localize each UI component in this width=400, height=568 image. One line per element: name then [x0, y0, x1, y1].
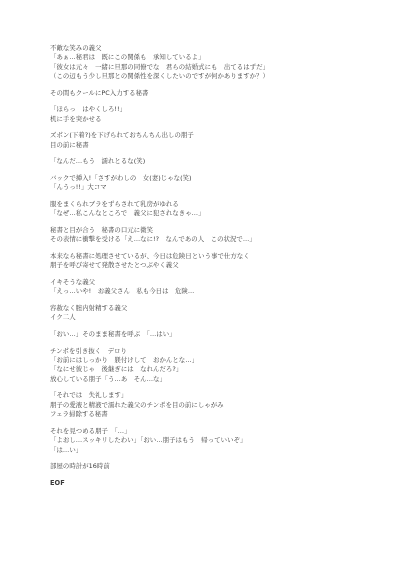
paragraph-14: 「それでは 失礼します」 朋子の愛液と精液で濡れた義父のチンポを目の前にしゃがみ…	[50, 391, 370, 419]
paragraph-5: 「なんだ…もう 濡れとるな(笑)	[50, 157, 370, 166]
text-line: イキそうな義父	[50, 278, 370, 287]
text-line: 「あぁ…秘君は 既にこの関係も 承知しているよ」	[50, 53, 370, 62]
paragraph-12: 「おい…」そのまま秘書を呼ぶ 「…はい」	[50, 330, 370, 339]
text-line: イク二人	[50, 313, 370, 322]
document-page: 不敵な笑みの義父 「あぁ…秘君は 既にこの関係も 承知しているよ」 「彼女は元々…	[50, 44, 370, 488]
text-line: 目の前に秘書	[50, 141, 370, 150]
paragraph-10: イキそうな義父 「えっ…いや! お義父さん 私も今日は 危険…	[50, 278, 370, 297]
text-line: 不敵な笑みの義父	[50, 44, 370, 53]
text-line: 容赦なく膣内射精する義父	[50, 304, 370, 313]
text-line: その表情に衝撃を受ける「え…なに!? なんであの人 この状況で…」	[50, 235, 370, 244]
paragraph-4: ズボン(下着?)を下げられておちんちん出しの朋子 目の前に秘書	[50, 131, 370, 150]
text-line: 「よおし…スッキリしたわい」「おい…朋子はもう 帰っていいぞ」	[50, 436, 370, 445]
paragraph-gap	[50, 98, 370, 105]
text-line: チンポを引き抜く デロり	[50, 347, 370, 356]
text-line: それを見つめる朋子 「…」	[50, 427, 370, 436]
text-line: バックで挿入!「さすがわしの 女(妻)じゃな(笑)	[50, 174, 370, 183]
paragraph-11: 容赦なく膣内射精する義父 イク二人	[50, 304, 370, 323]
paragraph-3: 「ほらっ はやくしろ!!」 机に手を突かせる	[50, 105, 370, 124]
text-line: 本来なら秘書に処理させているが、今日は危険日という事で仕方なく	[50, 252, 370, 261]
text-line: 机に手を突かせる	[50, 115, 370, 124]
paragraph-gap	[50, 297, 370, 304]
paragraph-6: バックで挿入!「さすがわしの 女(妻)じゃな(笑) 「んうっ!!」大コマ	[50, 174, 370, 193]
paragraph-gap	[50, 167, 370, 174]
paragraph-gap	[50, 193, 370, 200]
paragraph-8: 秘書と目が合う 秘書の口元に微笑 その表情に衝撃を受ける「え…なに!? なんであ…	[50, 226, 370, 245]
text-line: 「なんだ…もう 濡れとるな(笑)	[50, 157, 370, 166]
text-line: 秘書と目が合う 秘書の口元に微笑	[50, 226, 370, 235]
paragraph-9: 本来なら秘書に処理させているが、今日は危険日という事で仕方なく 朋子を呼び寄せて…	[50, 252, 370, 271]
text-line: 「は…い」	[50, 446, 370, 455]
text-line: 「えっ…いや! お義父さん 私も今日は 危険…	[50, 287, 370, 296]
text-line: フェラ掃除する秘書	[50, 410, 370, 419]
text-line: ズボン(下着?)を下げられておちんちん出しの朋子	[50, 131, 370, 140]
paragraph-1: 不敵な笑みの義父 「あぁ…秘君は 既にこの関係も 承知しているよ」 「彼女は元々…	[50, 44, 370, 82]
text-line: その間もクールにPC入力する秘書	[50, 89, 370, 98]
text-line: 「おい…」そのまま秘書を呼ぶ 「…はい」	[50, 330, 370, 339]
paragraph-13: チンポを引き抜く デロり 「お前にはしっかり 躾付けして おかんとな…」 「なに…	[50, 347, 370, 385]
end-of-file-marker: EOF	[50, 479, 370, 488]
paragraph-gap	[50, 420, 370, 427]
text-line: 部屋の時計が16時前	[50, 462, 370, 471]
paragraph-gap	[50, 245, 370, 252]
text-line: 「なにせ彼じゃ 後継ぎには なれんだろ?」	[50, 365, 370, 374]
paragraph-gap	[50, 219, 370, 226]
paragraph-gap	[50, 82, 370, 89]
text-line: 朋子の愛液と精液で濡れた義父のチンポを目の前にしゃがみ	[50, 401, 370, 410]
text-line: 「なぜ…私こんなところで 義父に犯されなきゃ…」	[50, 209, 370, 218]
text-line: 服をまくられブラをずらされて乳房がゆれる	[50, 200, 370, 209]
text-line: 放心している朋子「う…あ そん…な」	[50, 375, 370, 384]
paragraph-7: 服をまくられブラをずらされて乳房がゆれる 「なぜ…私こんなところで 義父に犯され…	[50, 200, 370, 219]
text-line: 朋子を呼び寄せて発散させたとつぶやく義父	[50, 261, 370, 270]
paragraph-15: それを見つめる朋子 「…」 「よおし…スッキリしたわい」「おい…朋子はもう 帰っ…	[50, 427, 370, 455]
paragraph-16: 部屋の時計が16時前	[50, 462, 370, 471]
text-line: （この辺もう少し旦那との関係性を深くしたいのですが何かありますか？）	[50, 72, 370, 81]
text-line: 「んうっ!!」大コマ	[50, 183, 370, 192]
paragraph-gap	[50, 472, 370, 479]
text-line: 「彼女は元々 一緒に旦那の同僚でな 君らの結婚式にも 出てるはずだ」	[50, 63, 370, 72]
paragraph-2: その間もクールにPC入力する秘書	[50, 89, 370, 98]
paragraph-gap	[50, 339, 370, 346]
paragraph-gap	[50, 271, 370, 278]
text-line: 「お前にはしっかり 躾付けして おかんとな…」	[50, 356, 370, 365]
text-line: 「ほらっ はやくしろ!!」	[50, 105, 370, 114]
paragraph-gap	[50, 323, 370, 330]
text-line: 「それでは 失礼します」	[50, 391, 370, 400]
